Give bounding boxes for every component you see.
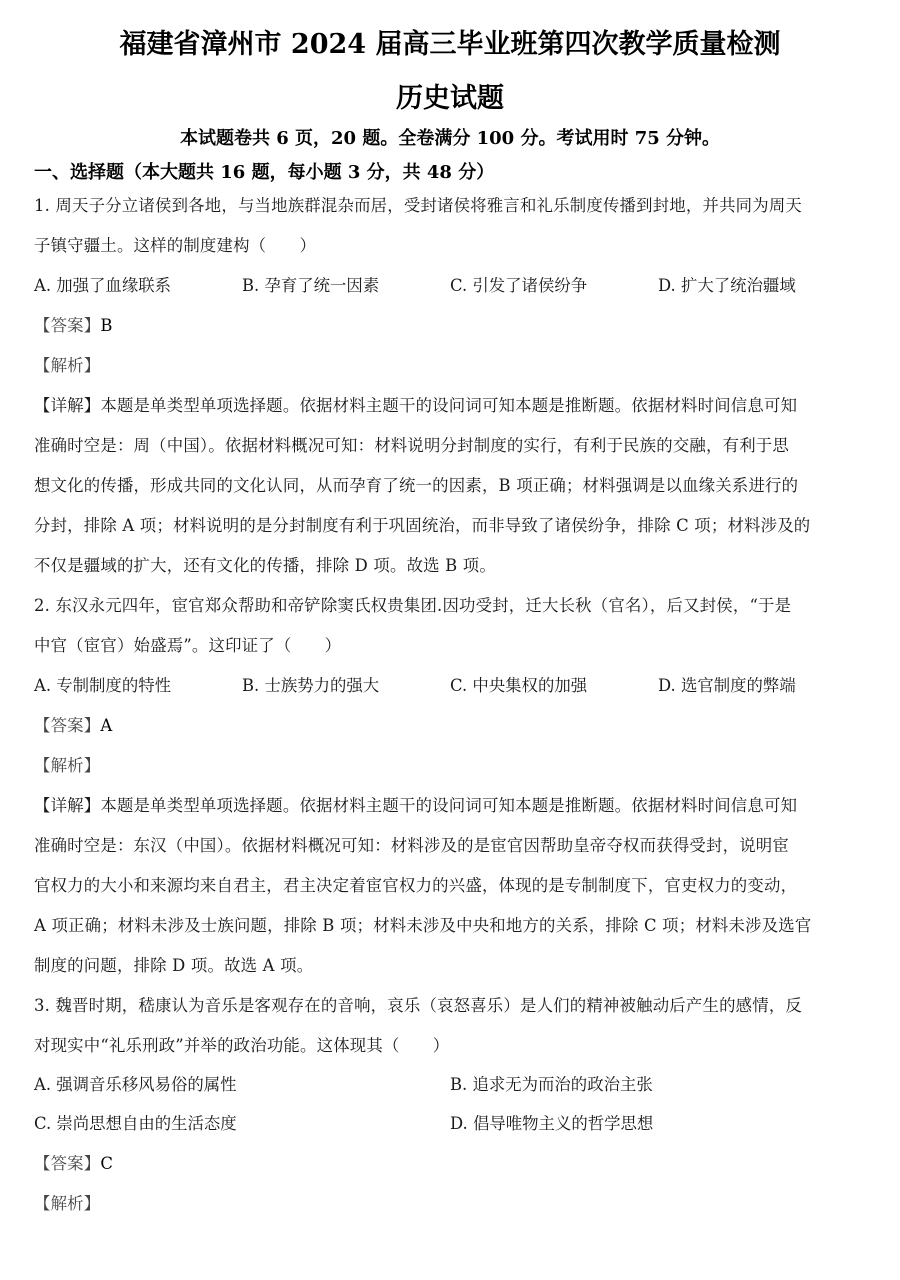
q2-detail-line-3: 官权力的大小和来源均来自君主，君主决定着宦官权力的兴盛，体现的是专制制度下，官吏… <box>34 872 797 896</box>
q2-detail-line-1: 【详解】本题是单类型单项选择题。依据材料主题干的设问词可知本题是推断题。依据材料… <box>34 792 797 816</box>
q3-analysis-tag: 【解析】 <box>34 1190 100 1214</box>
answer-tag: 【答案】 <box>34 716 100 735</box>
answer-value: C <box>100 1154 113 1173</box>
exam-subject: 历史试题 <box>0 76 900 115</box>
q2-detail-line-2: 准确时空是：东汉（中国）。依据材料概况可知：材料涉及的是宦官因帮助皇帝夺权而获得… <box>34 832 789 856</box>
q3-option-c: C. 崇尚思想自由的生活态度 <box>34 1110 237 1134</box>
q3-option-b: B. 追求无为而治的政治主张 <box>450 1071 653 1095</box>
q2-option-b: B. 士族势力的强大 <box>242 672 379 696</box>
q1-stem-line-2: 子镇守疆土。这样的制度建构（ ） <box>34 232 316 256</box>
q1-option-d: D. 扩大了统治疆域 <box>658 272 796 296</box>
exam-title: 福建省漳州市 2024 届高三毕业班第四次教学质量检测 <box>0 22 900 61</box>
q2-option-c: C. 中央集权的加强 <box>450 672 587 696</box>
answer-tag: 【答案】 <box>34 316 100 335</box>
q1-detail-line-5: 不仅是疆域的扩大，还有文化的传播，排除 D 项。故选 B 项。 <box>34 552 496 576</box>
q1-detail-line-3: 想文化的传播，形成共同的文化认同，从而孕育了统一的因素，B 项正确；材料强调是以… <box>34 472 798 496</box>
section-heading: 一、选择题（本大题共 16 题，每小题 3 分，共 48 分） <box>34 158 494 184</box>
q2-stem-line-1: 2. 东汉永元四年，宦官郑众帮助和帝铲除窦氏权贵集团.因功受封，迁大长秋（官名）… <box>34 592 791 616</box>
q2-answer: 【答案】A <box>34 712 112 736</box>
q3-stem-line-2: 对现实中“礼乐刑政”并举的政治功能。这体现其（ ） <box>34 1032 449 1056</box>
q1-detail-line-2: 准确时空是：周（中国）。依据材料概况可知：材料说明分封制度的实行，有利于民族的交… <box>34 432 789 456</box>
q2-option-a: A. 专制制度的特性 <box>34 672 171 696</box>
q1-option-a: A. 加强了血缘联系 <box>34 272 171 296</box>
q2-analysis-tag: 【解析】 <box>34 752 100 776</box>
answer-value: B <box>100 316 112 335</box>
q1-answer: 【答案】B <box>34 312 113 336</box>
q1-detail-line-1: 【详解】本题是单类型单项选择题。依据材料主题干的设问词可知本题是推断题。依据材料… <box>34 392 797 416</box>
q2-detail-line-5: 制度的问题，排除 D 项。故选 A 项。 <box>34 952 313 976</box>
q3-answer: 【答案】C <box>34 1150 113 1174</box>
q1-detail-line-4: 分封，排除 A 项；材料说明的是分封制度有利于巩固统治，而非导致了诸侯纷争，排除… <box>34 512 810 536</box>
answer-tag: 【答案】 <box>34 1154 100 1173</box>
q1-option-b: B. 孕育了统一因素 <box>242 272 379 296</box>
q3-stem-line-1: 3. 魏晋时期，嵇康认为音乐是客观存在的音响，哀乐（哀怒喜乐）是人们的精神被触动… <box>34 992 802 1016</box>
q1-analysis-tag: 【解析】 <box>34 352 100 376</box>
q3-option-d: D. 倡导唯物主义的哲学思想 <box>450 1110 653 1134</box>
q1-option-c: C. 引发了诸侯纷争 <box>450 272 587 296</box>
q2-stem-line-2: 中官（宦官）始盛焉”。这印证了（ ） <box>34 632 341 656</box>
answer-value: A <box>100 716 112 735</box>
exam-info: 本试题卷共 6 页，20 题。全卷满分 100 分。考试用时 75 分钟。 <box>0 124 900 150</box>
q3-option-a: A. 强调音乐移风易俗的属性 <box>34 1071 237 1095</box>
q2-option-d: D. 选官制度的弊端 <box>658 672 796 696</box>
q2-detail-line-4: A 项正确；材料未涉及士族问题，排除 B 项；材料未涉及中央和地方的关系，排除 … <box>34 912 811 936</box>
q1-stem-line-1: 1. 周天子分立诸侯到各地，与当地族群混杂而居，受封诸侯将雅言和礼乐制度传播到封… <box>34 192 802 216</box>
